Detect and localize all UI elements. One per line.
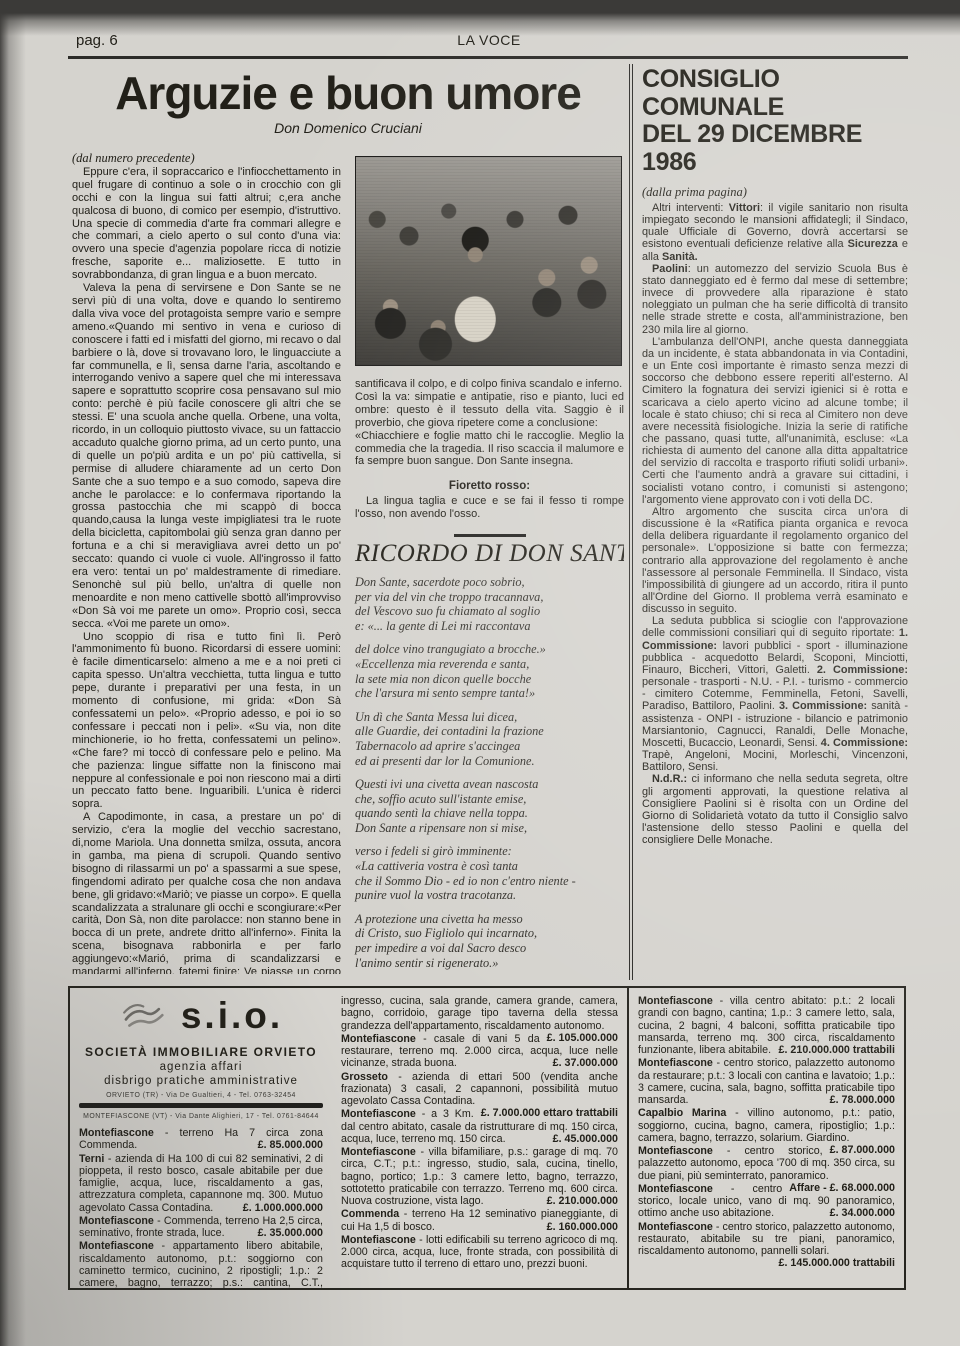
- council-paragraph: L'ambulanza dell'ONPI, anche questa dann…: [642, 336, 908, 506]
- body-paragraph: Valeva la pena di servirsene e Don Sante…: [72, 282, 341, 630]
- property-listing: Montefiascone - centro storico, palazzet…: [638, 1221, 895, 1258]
- poem-title: RICORDO DI DON SANTE: [355, 548, 624, 561]
- listing-price: £. 45.000.000: [546, 1133, 618, 1145]
- council-paragraph: Altro argomento che suscita circa un'ora…: [642, 506, 908, 615]
- handshake-icon: [119, 995, 171, 1037]
- sio-company-name: SOCIETÀ IMMOBILIARE ORVIETO: [79, 1045, 323, 1059]
- council-paragraph: Paolini: un automezzo del servizio Scuol…: [642, 263, 908, 336]
- property-listing: Montefiascone - appartamento libero abit…: [79, 1240, 323, 1288]
- main-article: Arguzie e buon umore Don Domenico Crucia…: [72, 66, 624, 974]
- poem-stanza: Un dì che Santa Messa lui dicea, alle Gu…: [355, 710, 624, 768]
- listing-text: Grosseto - azienda di ettari 500 (vendit…: [341, 1071, 618, 1108]
- council-paragraph: La seduta pubblica si scioglie con l'app…: [642, 615, 908, 773]
- ad-divider-bar: [79, 1103, 323, 1108]
- column2-paragraphs: santificava il colpo, e di colpo finiva …: [355, 378, 624, 468]
- listing-price: £. 35.000.000: [251, 1227, 323, 1239]
- classifieds-column-1: s.i.o. SOCIETÀ IMMOBILIARE ORVIETO agenz…: [70, 988, 332, 1288]
- poem-stanzas: Don Sante, sacerdote poco sobrio, per vi…: [355, 575, 624, 970]
- body-paragraph: Eppure c'era, il sopraccarico e l'infioc…: [72, 166, 341, 282]
- crowd-photo: [355, 156, 622, 366]
- sio-address-orvieto: ORVIETO (TR) - Via De Gualtieri, 4 - Tel…: [79, 1092, 323, 1099]
- listing-price: £. 37.000.000: [546, 1057, 618, 1069]
- body-paragraph: santificava il colpo, e di colpo finiva …: [355, 378, 624, 391]
- listing-price: £. 34.000.000: [823, 1207, 895, 1219]
- property-listing: Grosseto - azienda di ettari 500 (vendit…: [341, 1071, 618, 1108]
- council-body: Altri interventi: Vittori: il vigile san…: [642, 202, 908, 846]
- classifieds-column-3: Montefiascone - villa centro abitato: p.…: [627, 988, 904, 1288]
- listing-price: £. 78.000.000: [823, 1094, 895, 1106]
- poem-stanza: Don Sante, sacerdote poco sobrio, per vi…: [355, 575, 624, 633]
- poem-stanza: Questi ivi una civetta avean nascosta ch…: [355, 777, 624, 835]
- listing-price: £. 7.000.000 ettaro trattabili: [474, 1107, 618, 1119]
- listing-price: £. 145.000.000 trattabili: [772, 1257, 895, 1269]
- fioretto-text: La lingua taglia e cuce e se fai il fess…: [355, 495, 624, 521]
- sio-address-montefiascone: MONTEFIASCONE (VT) - Via Dante Alighieri…: [79, 1113, 323, 1120]
- page-header: pag. 6 LA VOCE: [70, 30, 908, 54]
- article-byline: Don Domenico Cruciani: [72, 120, 624, 136]
- council-title-line2: DEL 29 DICEMBRE 1986: [642, 120, 862, 176]
- body-paragraph: Uno scoppio di risa e tutto finì lì. Per…: [72, 631, 341, 812]
- continuation-note: (dal numero precedente): [72, 152, 341, 165]
- property-listing: Montefiascone - villa centro abitato: p.…: [638, 995, 895, 1056]
- listings-col1: Montefiascone - terreno Ha 7 circa zona …: [79, 1127, 323, 1288]
- article-headline: Arguzie e buon umore: [72, 70, 624, 116]
- body-paragraph: «Chiacchiere e foglie matto chi le racco…: [355, 430, 624, 469]
- listing-price: £. 1.000.000.000: [236, 1202, 323, 1214]
- listings-col3: Montefiascone - villa centro abitato: p.…: [638, 995, 895, 1257]
- sio-advert: s.i.o. SOCIETÀ IMMOBILIARE ORVIETO agenz…: [79, 995, 323, 1120]
- poem-stanza: A protezione una civetta ha messo di Cri…: [355, 912, 624, 970]
- sio-advert-header: s.i.o.: [79, 995, 323, 1037]
- sio-tagline-2: disbrigo pratiche amministrative: [79, 1075, 323, 1087]
- article-column-1: (dal numero precedente) Eppure c'era, il…: [72, 152, 341, 974]
- fioretto-title: Fioretto rosso:: [355, 480, 624, 493]
- section-divider: [454, 534, 526, 537]
- listing-price: £. 87.000.000: [823, 1144, 895, 1156]
- property-listing: Montefiascone - Commenda, terreno Ha 2,5…: [79, 1215, 323, 1240]
- property-listing: Terni - azienda di Ha 100 di cui 82 semi…: [79, 1153, 323, 1214]
- body-paragraph: A Capodimonte, in casa, a prestare un po…: [72, 811, 341, 974]
- classifieds-section: s.i.o. SOCIETÀ IMMOBILIARE ORVIETO agenz…: [68, 986, 906, 1290]
- council-article: CONSIGLIO COMUNALE DEL 29 DICEMBRE 1986 …: [629, 64, 908, 980]
- listing-text: Montefiascone - appartamento libero abit…: [79, 1240, 323, 1288]
- newspaper-page: pag. 6 LA VOCE Arguzie e buon umore Don …: [0, 0, 960, 1346]
- sio-logo-text: s.i.o.: [181, 995, 283, 1037]
- council-paragraph: N.d.R.: ci informano che nella seduta se…: [642, 773, 908, 846]
- listing-price: £. 105.000.000: [540, 1032, 618, 1044]
- listing-text: Montefiascone - centro storico, palazzet…: [638, 1221, 895, 1258]
- property-listing: Commenda - terreno Ha 12 seminativo pian…: [341, 1208, 618, 1233]
- poem-stanza: verso i fedeli si girò imminente: «La ca…: [355, 844, 624, 902]
- council-title-line1: CONSIGLIO COMUNALE: [642, 65, 784, 121]
- article-columns: (dal numero precedente) Eppure c'era, il…: [72, 152, 624, 974]
- property-listing: ingresso, cucina, sala grande, camera gr…: [341, 995, 618, 1032]
- listing-text: Capalbio Marina - villino autonomo, p.t.…: [638, 1107, 895, 1144]
- property-listing: Montefiascone - villa bifamiliare, p.s.:…: [341, 1146, 618, 1207]
- property-listing: Montefiascone - lotti edificabili su ter…: [341, 1234, 618, 1271]
- header-rule: [68, 56, 908, 59]
- column1-paragraphs: Eppure c'era, il sopraccarico e l'infioc…: [72, 166, 341, 974]
- listing-price: £. 210.000.000 trattabili: [772, 1044, 895, 1056]
- property-listing: Capalbio Marina - villino autonomo, p.t.…: [638, 1107, 895, 1144]
- listing-price: £. 85.000.000: [251, 1139, 323, 1151]
- council-lead: (dalla prima pagina): [642, 185, 908, 200]
- article-column-2: santificava il colpo, e di colpo finiva …: [355, 152, 624, 974]
- listing-text: ingresso, cucina, sala grande, camera gr…: [341, 995, 618, 1032]
- poem-stanza: del dolce vino trangugiato a brocche.» «…: [355, 642, 624, 700]
- listing-text: Montefiascone - lotti edificabili su ter…: [341, 1234, 618, 1271]
- listing-price: Affare - £. 68.000.000: [782, 1182, 895, 1194]
- masthead: LA VOCE: [70, 32, 908, 48]
- body-paragraph: Così la va: simpatie e antipatie, riso e…: [355, 391, 624, 430]
- listing-price: £. 210.000.000: [540, 1195, 618, 1207]
- council-paragraph: Altri interventi: Vittori: il vigile san…: [642, 202, 908, 263]
- sio-tagline-1: agenzia affari: [79, 1061, 323, 1073]
- classifieds-column-2: ingresso, cucina, sala grande, camera gr…: [332, 988, 627, 1288]
- listings-col2: ingresso, cucina, sala grande, camera gr…: [341, 995, 618, 1271]
- property-listing: Montefiascone - centro storico, palazzet…: [638, 1057, 895, 1106]
- listing-price: £. 160.000.000: [540, 1221, 618, 1233]
- council-headline: CONSIGLIO COMUNALE DEL 29 DICEMBRE 1986: [642, 66, 908, 176]
- property-listing: Montefiascone - terreno Ha 7 circa zona …: [79, 1127, 323, 1152]
